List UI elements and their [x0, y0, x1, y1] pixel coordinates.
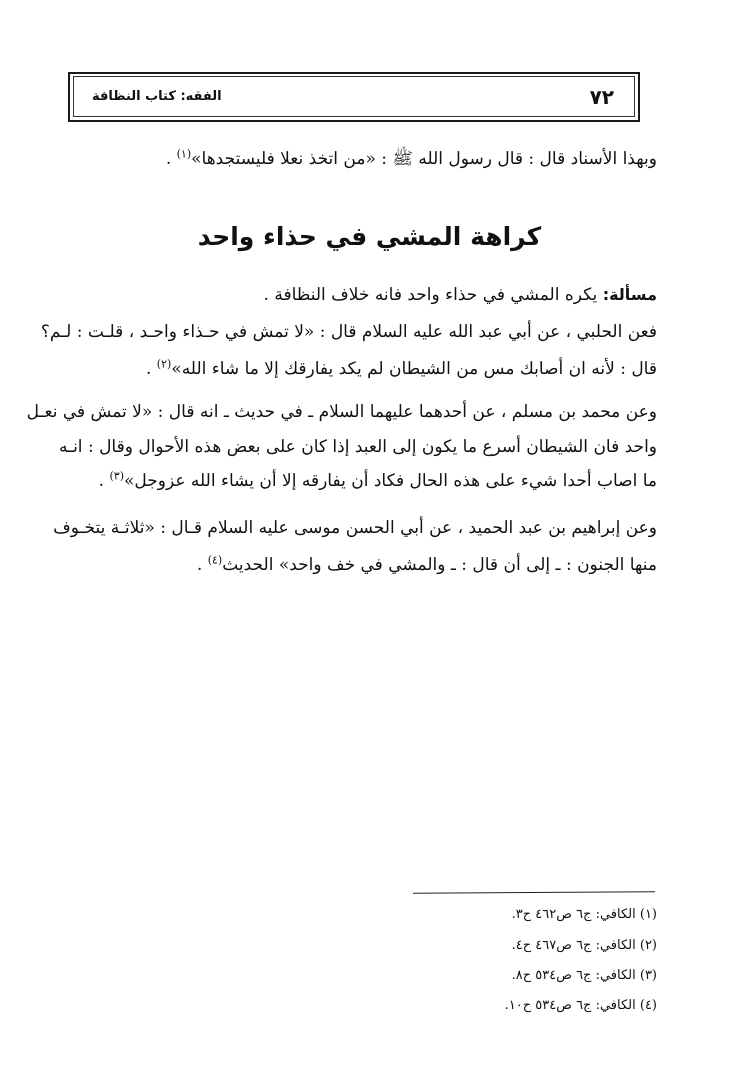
paragraph-3-text-2: منها الجنون : ـ إلى أن قال : ـ والمشي في… [222, 555, 657, 575]
running-title: الفقه: كتاب النظافة [92, 89, 222, 104]
paragraph-1-text-1: فعن الحلبي ، عن أبي عبد الله عليه السلام… [41, 322, 657, 342]
paragraph-1-line-2: قال : لأنه ان أصابك مس من الشيطان لم يكد… [78, 356, 657, 382]
footnote-ref-4: (٤) [208, 553, 223, 566]
paragraph-2-text-2: واحد فان الشيطان أسرع ما يكون إلى العبد … [59, 437, 657, 457]
intro-line: وبهذا الأسناد قال : قال رسول الله ﷺ : «م… [78, 146, 657, 172]
footnote-1: (١) الكافي: ج٦ ص٤٦٢ ح٣. [512, 905, 657, 925]
intro-end: . [166, 149, 177, 169]
footnote-separator [413, 891, 655, 893]
footnote-3-marker: (٣) [640, 968, 657, 983]
masala-label: مسألة: [603, 285, 657, 304]
paragraph-2-text-3: ما اصاب أحدا شيء على هذه الحال فكاد أن ي… [124, 471, 657, 491]
footnote-ref-3: (٣) [109, 469, 124, 482]
footnote-2-text: الكافي: ج٦ ص٤٦٧ ح٤. [512, 938, 636, 953]
footnote-4-text: الكافي: ج٦ ص٥٣٤ ح١٠. [505, 998, 636, 1013]
paragraph-1-text-2: قال : لأنه ان أصابك مس من الشيطان لم يكد… [171, 359, 657, 379]
paragraph-2-end: . [99, 471, 110, 491]
footnote-ref-2: (٢) [157, 357, 172, 370]
footnote-1-marker: (١) [640, 907, 657, 922]
footnote-ref-1: (١) [177, 147, 192, 160]
paragraph-1-end: . [146, 359, 157, 379]
footnote-2-marker: (٢) [640, 938, 657, 953]
paragraph-3-end: . [197, 555, 208, 575]
section-heading: كراهة المشي في حذاء واحد [0, 222, 739, 251]
running-header: ٧٢ الفقه: كتاب النظافة [73, 76, 635, 117]
footnote-1-text: الكافي: ج٦ ص٤٦٢ ح٣. [512, 907, 636, 922]
footnote-4-marker: (٤) [640, 998, 657, 1013]
footnote-4: (٤) الكافي: ج٦ ص٥٣٤ ح١٠. [505, 996, 657, 1016]
footnote-3-text: الكافي: ج٦ ص٥٣٤ ح٨. [512, 968, 636, 983]
paragraph-3-text-1: وعن إبراهيم بن عبد الحميد ، عن أبي الحسن… [53, 518, 657, 538]
paragraph-1-line-1: فعن الحلبي ، عن أبي عبد الله عليه السلام… [78, 319, 657, 345]
masala-text: يكره المشي في حذاء واحد فانه خلاف النظاف… [264, 285, 603, 305]
page-number: ٧٢ [590, 85, 614, 109]
paragraph-2-text-1: وعن محمد بن مسلم ، عن أحدهما عليهما السل… [27, 402, 657, 422]
footnote-3: (٣) الكافي: ج٦ ص٥٣٤ ح٨. [512, 966, 657, 986]
paragraph-2-line-3: ما اصاب أحدا شيء على هذه الحال فكاد أن ي… [78, 468, 657, 494]
book-page: ٧٢ الفقه: كتاب النظافة وبهذا الأسناد قال… [0, 0, 739, 1072]
paragraph-3-line-1: وعن إبراهيم بن عبد الحميد ، عن أبي الحسن… [78, 515, 657, 541]
intro-text: وبهذا الأسناد قال : قال رسول الله ﷺ : «م… [191, 149, 657, 169]
paragraph-2-line-1: وعن محمد بن مسلم ، عن أحدهما عليهما السل… [78, 399, 657, 425]
paragraph-3-line-2: منها الجنون : ـ إلى أن قال : ـ والمشي في… [78, 552, 657, 578]
paragraph-2-line-2: واحد فان الشيطان أسرع ما يكون إلى العبد … [78, 434, 657, 460]
footnote-2: (٢) الكافي: ج٦ ص٤٦٧ ح٤. [512, 936, 657, 956]
masala-line: مسألة: يكره المشي في حذاء واحد فانه خلاف… [78, 282, 657, 308]
